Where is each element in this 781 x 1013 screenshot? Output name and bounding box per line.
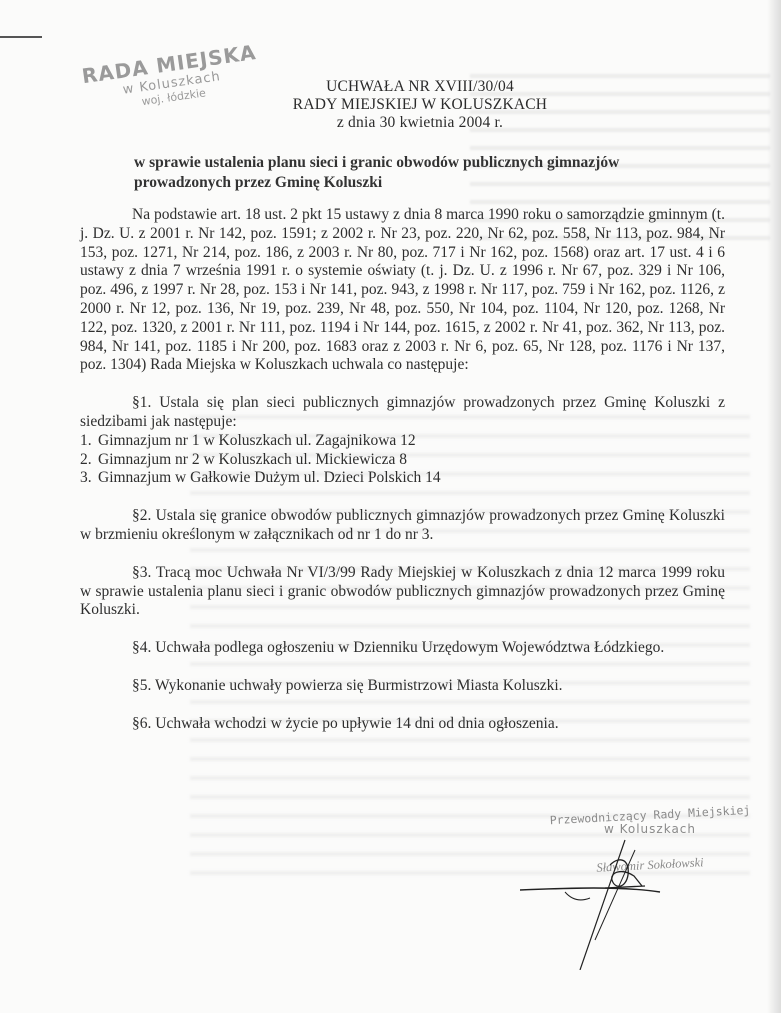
handwritten-signature bbox=[510, 820, 670, 970]
paragraph-1: §1. Ustala się plan sieci publicznych gi… bbox=[80, 394, 725, 432]
paragraph-6: §6. Uchwała wchodzi w życie po upływie 1… bbox=[80, 715, 725, 734]
resolution-header: UCHWAŁA NR XVIII/30/04 RADY MIEJSKIEJ W … bbox=[240, 78, 600, 132]
school-item: 1.Gimnazjum nr 1 w Koluszkach ul. Zagajn… bbox=[80, 432, 725, 451]
paragraph-2: §2. Ustala się granice obwodów publiczny… bbox=[80, 507, 725, 545]
school-item: 3.Gimnazjum w Gałkowie Dużym ul. Dzieci … bbox=[80, 469, 725, 488]
paragraph-5: §5. Wykonanie uchwały powierza się Burmi… bbox=[80, 677, 725, 696]
resolution-body: Na podstawie art. 18 ust. 2 pkt 15 ustaw… bbox=[80, 206, 725, 734]
resolution-subject: w sprawie ustalenia planu sieci i granic… bbox=[134, 153, 724, 193]
school-item: 2.Gimnazjum nr 2 w Koluszkach ul. Mickie… bbox=[80, 451, 725, 470]
subject-line-1: w sprawie ustalenia planu sieci i granic… bbox=[134, 153, 724, 173]
school-list: 1.Gimnazjum nr 1 w Koluszkach ul. Zagajn… bbox=[80, 432, 725, 488]
resolution-issuer: RADY MIEJSKIEJ W KOLUSZKACH bbox=[240, 96, 600, 114]
document-page: RADA MIEJSKA w Koluszkach woj. łódzkie U… bbox=[0, 0, 781, 1013]
paragraph-3: §3. Tracą moc Uchwała Nr VI/3/99 Rady Mi… bbox=[80, 564, 725, 620]
subject-line-2: prowadzonych przez Gminę Koluszki bbox=[134, 173, 724, 193]
paragraph-4: §4. Uchwała podlega ogłoszeniu w Dzienni… bbox=[80, 639, 725, 658]
preamble: Na podstawie art. 18 ust. 2 pkt 15 ustaw… bbox=[80, 206, 725, 375]
resolution-date: z dnia 30 kwietnia 2004 r. bbox=[240, 114, 600, 132]
resolution-title: UCHWAŁA NR XVIII/30/04 bbox=[240, 78, 600, 96]
scan-edge-shadow bbox=[767, 0, 781, 1013]
scan-mark bbox=[0, 36, 42, 38]
